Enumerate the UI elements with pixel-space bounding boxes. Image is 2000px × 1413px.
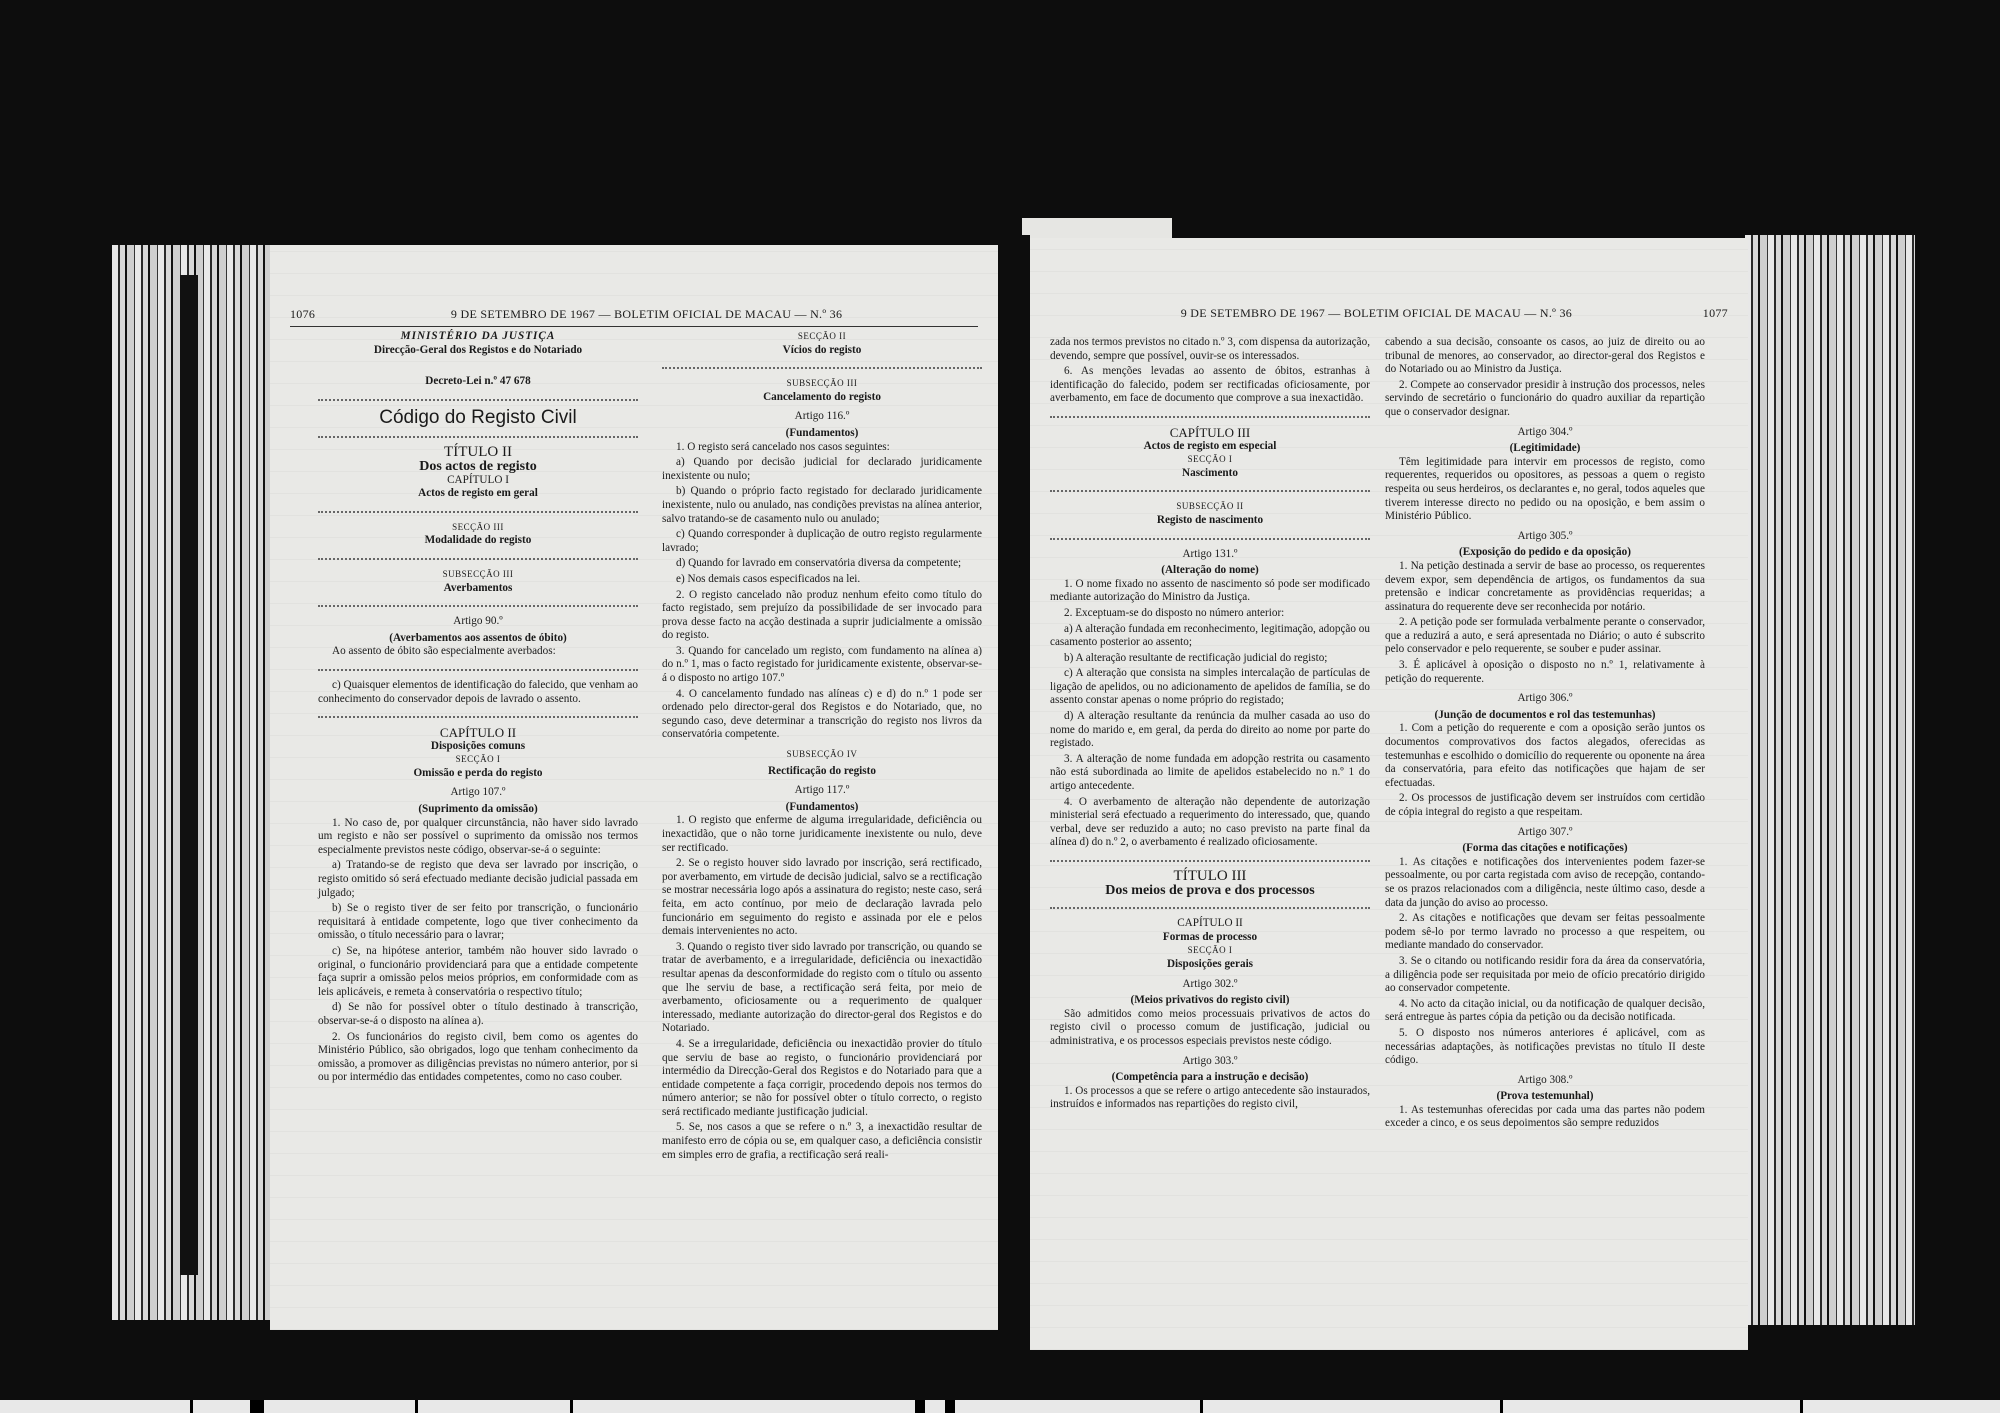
paragraph: 1. O nome fixado no assento de nasciment… <box>1050 578 1370 605</box>
paragraph: d) Quando for lavrado em conservatória d… <box>662 557 982 571</box>
article-number: Artigo 307.º <box>1385 826 1705 840</box>
ministry-heading: MINISTÉRIO DA JUSTIÇA <box>318 330 638 344</box>
titulo-name: Dos actos de registo <box>318 460 638 474</box>
subseccao-label: SUBSECÇÃO III <box>318 568 638 582</box>
paragraph: cabendo a sua decisão, consoante os caso… <box>1385 336 1705 377</box>
paragraph: 1. Os processos a que se refere o artigo… <box>1050 1085 1370 1112</box>
subseccao-name: Averbamentos <box>318 582 638 596</box>
seccao-name: Vícios do registo <box>662 344 982 358</box>
seccao-label: SECÇÃO I <box>1050 944 1370 958</box>
right-running-head: 9 DE SETEMBRO DE 1967 — BOLETIM OFICIAL … <box>1050 306 1728 325</box>
paragraph: zada nos termos previstos no citado n.º … <box>1050 336 1370 363</box>
article-title: (Competência para a instrução e decisão) <box>1050 1071 1370 1085</box>
right-column-2: cabendo a sua decisão, consoante os caso… <box>1385 336 1705 1133</box>
left-running-head: 1076 9 DE SETEMBRO DE 1967 — BOLETIM OFI… <box>290 307 978 327</box>
paragraph: 5. O disposto nos números anteriores é a… <box>1385 1027 1705 1068</box>
running-head-text: 9 DE SETEMBRO DE 1967 — BOLETIM OFICIAL … <box>1181 306 1572 321</box>
paragraph: 2. Exceptuam-se do disposto no número an… <box>1050 607 1370 621</box>
paragraph: São admitidos como meios processuais pri… <box>1050 1008 1370 1049</box>
paragraph: c) Quaisquer elementos de identificação … <box>318 679 638 706</box>
paragraph: b) Se o registo tiver de ser feito por t… <box>318 902 638 943</box>
paragraph: a) A alteração fundada em reconhecimento… <box>1050 623 1370 650</box>
article-number: Artigo 302.º <box>1050 978 1370 992</box>
paragraph: 1. As testemunhas oferecidas por cada um… <box>1385 1104 1705 1131</box>
paragraph: 6. As menções levadas ao assento de óbit… <box>1050 365 1370 406</box>
article-number: Artigo 90.º <box>318 615 638 629</box>
paragraph: c) Quando corresponder à duplicação de o… <box>662 528 982 555</box>
seccao-name: Nascimento <box>1050 467 1370 481</box>
decree-number: Decreto-Lei n.º 47 678 <box>318 375 638 389</box>
paragraph: d) Se não for possível obter o título de… <box>318 1001 638 1028</box>
article-number: Artigo 131.º <box>1050 548 1370 562</box>
right-column-1: zada nos termos previstos no citado n.º … <box>1050 336 1370 1114</box>
paragraph: 4. No acto da citação inicial, ou da not… <box>1385 998 1705 1025</box>
capitulo-name: Actos de registo em especial <box>1050 440 1370 454</box>
paragraph: 2. Os funcionários do registo civil, bem… <box>318 1031 638 1085</box>
directorate-heading: Direcção-Geral dos Registos e do Notaria… <box>318 344 638 358</box>
subseccao-name: Rectificação do registo <box>662 765 982 779</box>
code-title: Código do Registo Civil <box>318 411 638 425</box>
article-title: (Fundamentos) <box>662 427 982 441</box>
paragraph: Têm legitimidade para intervir em proces… <box>1385 456 1705 524</box>
paragraph: e) Nos demais casos especificados na lei… <box>662 573 982 587</box>
article-title: (Forma das citações e notificações) <box>1385 842 1705 856</box>
paragraph: a) Tratando-se de registo que deva ser l… <box>318 859 638 900</box>
paragraph: 2. O registo cancelado não produz nenhum… <box>662 589 982 643</box>
capitulo-label: CAPÍTULO I <box>318 474 638 488</box>
paragraph: Ao assento de óbito são especialmente av… <box>318 645 638 659</box>
article-title: (Meios privativos do registo civil) <box>1050 994 1370 1008</box>
capitulo-label: CAPÍTULO II <box>1050 917 1370 931</box>
article-number: Artigo 117.º <box>662 784 982 798</box>
paragraph: d) A alteração resultante da renúncia da… <box>1050 710 1370 751</box>
book-gutter <box>998 235 1030 1355</box>
paragraph: 2. Compete ao conservador presidir à ins… <box>1385 379 1705 420</box>
paragraph: 2. As citações e notificações que devam … <box>1385 912 1705 953</box>
capitulo-label: CAPÍTULO II <box>318 726 638 740</box>
article-number: Artigo 107.º <box>318 786 638 800</box>
paragraph: 1. Com a petição do requerente e com a o… <box>1385 722 1705 790</box>
seccao-label: SECÇÃO I <box>318 753 638 767</box>
paragraph: b) A alteração resultante de rectificaçã… <box>1050 652 1370 666</box>
titulo-label: TÍTULO II <box>318 446 638 460</box>
subseccao-label: SUBSECÇÃO IV <box>662 748 982 762</box>
paragraph: 1. Na petição destinada a servir de base… <box>1385 560 1705 614</box>
article-title: (Fundamentos) <box>662 801 982 815</box>
seccao-label: SECÇÃO I <box>1050 453 1370 467</box>
page-tab-marker <box>180 275 198 1275</box>
page-number: 1076 <box>290 307 315 322</box>
paragraph: 4. O cancelamento fundado nas alíneas c)… <box>662 688 982 742</box>
right-page: 9 DE SETEMBRO DE 1967 — BOLETIM OFICIAL … <box>1030 238 1748 1350</box>
book-edge-left <box>112 245 272 1320</box>
seccao-name: Modalidade do registo <box>318 534 638 548</box>
capitulo-label: CAPÍTULO III <box>1050 426 1370 440</box>
paragraph: 1. No caso de, por qualquer circunstânci… <box>318 817 638 858</box>
capitulo-name: Actos de registo em geral <box>318 487 638 501</box>
subseccao-name: Cancelamento do registo <box>662 391 982 405</box>
seccao-label: SECÇÃO II <box>662 330 982 344</box>
subseccao-name: Registo de nascimento <box>1050 514 1370 528</box>
seccao-name: Disposições gerais <box>1050 958 1370 972</box>
capitulo-name: Formas de processo <box>1050 931 1370 945</box>
article-number: Artigo 305.º <box>1385 530 1705 544</box>
paragraph: 2. Se o registo houver sido lavrado por … <box>662 857 982 939</box>
paragraph: 3. É aplicável à oposição o disposto no … <box>1385 659 1705 686</box>
article-number: Artigo 304.º <box>1385 426 1705 440</box>
capitulo-name: Disposições comuns <box>318 740 638 754</box>
book-edge-right <box>1745 235 1915 1325</box>
article-number: Artigo 306.º <box>1385 692 1705 706</box>
subseccao-label: SUBSECÇÃO III <box>662 377 982 391</box>
paragraph: 1. As citações e notificações dos interv… <box>1385 856 1705 910</box>
paragraph: a) Quando por decisão judicial for decla… <box>662 456 982 483</box>
article-title: (Exposição do pedido e da oposição) <box>1385 546 1705 560</box>
paragraph: 5. Se, nos casos a que se refere o n.º 3… <box>662 1121 982 1162</box>
article-title: (Alteração do nome) <box>1050 564 1370 578</box>
article-title: (Junção de documentos e rol das testemun… <box>1385 709 1705 723</box>
paragraph: 4. Se a irregularidade, deficiência ou i… <box>662 1038 982 1120</box>
article-title: (Averbamentos aos assentos de óbito) <box>318 632 638 646</box>
article-number: Artigo 303.º <box>1050 1055 1370 1069</box>
paragraph: b) Quando o próprio facto registado for … <box>662 485 982 526</box>
paragraph: 3. Se o citando ou notificando residir f… <box>1385 955 1705 996</box>
paragraph: c) Se, na hipótese anterior, também não … <box>318 945 638 999</box>
seccao-label: SECÇÃO III <box>318 521 638 535</box>
paragraph: 3. A alteração de nome fundada em adopçã… <box>1050 753 1370 794</box>
article-title: (Prova testemunhal) <box>1385 1090 1705 1104</box>
page-number: 1077 <box>1703 306 1728 321</box>
subseccao-label: SUBSECÇÃO II <box>1050 500 1370 514</box>
left-column-2: SECÇÃO II Vícios do registo SUBSECÇÃO II… <box>662 330 982 1164</box>
running-head-text: 9 DE SETEMBRO DE 1967 — BOLETIM OFICIAL … <box>451 307 842 322</box>
article-number: Artigo 116.º <box>662 410 982 424</box>
paragraph: 1. O registo será cancelado nos casos se… <box>662 441 982 455</box>
paragraph: 2. A petição pode ser formulada verbalme… <box>1385 616 1705 657</box>
article-title: (Suprimento da omissão) <box>318 803 638 817</box>
paragraph: c) A alteração que consista na simples i… <box>1050 667 1370 708</box>
paragraph: 4. O averbamento de alteração não depend… <box>1050 796 1370 850</box>
paragraph: 3. Quando o registo tiver sido lavrado p… <box>662 941 982 1036</box>
seccao-name: Omissão e perda do registo <box>318 767 638 781</box>
scanner-bottom-strip <box>0 1400 2000 1413</box>
article-number: Artigo 308.º <box>1385 1074 1705 1088</box>
article-title: (Legitimidade) <box>1385 442 1705 456</box>
paragraph: 3. Quando for cancelado um registo, com … <box>662 645 982 686</box>
paragraph: 2. Os processos de justificação devem se… <box>1385 792 1705 819</box>
left-page: 1076 9 DE SETEMBRO DE 1967 — BOLETIM OFI… <box>270 245 998 1330</box>
titulo-name: Dos meios de prova e dos processos <box>1050 884 1370 898</box>
left-column-1: MINISTÉRIO DA JUSTIÇA Direcção-Geral dos… <box>318 330 638 1087</box>
titulo-label: TÍTULO III <box>1050 870 1370 884</box>
paragraph: 1. O registo que enferme de alguma irreg… <box>662 814 982 855</box>
